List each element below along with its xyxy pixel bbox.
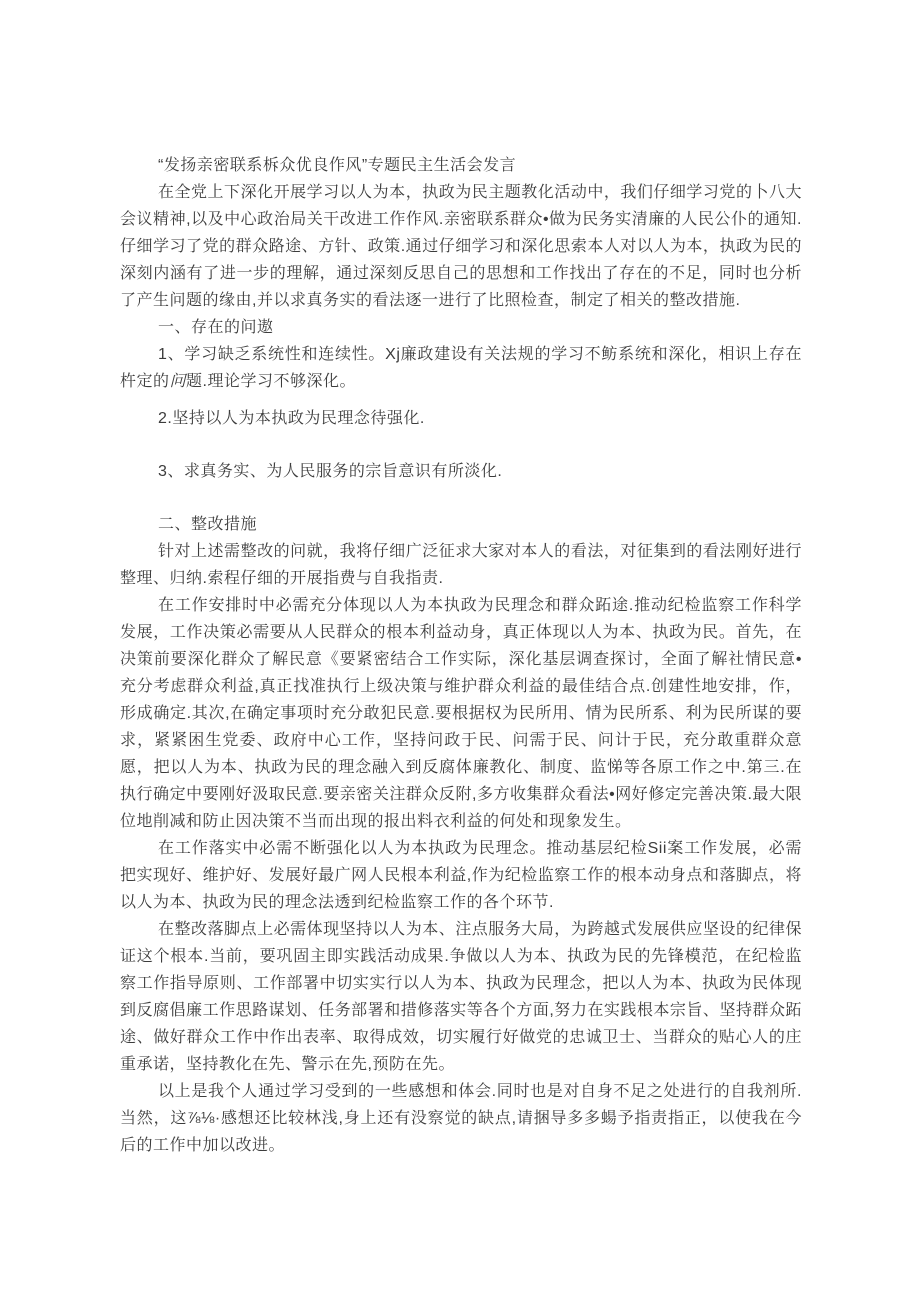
paragraph-measure-implement: 在工作落实中必需不断强化以人为本执政为民理念。推动基层纪检Sii案工作发展，必需… — [120, 835, 802, 916]
heading-problems: 一、存在的问遨 — [120, 314, 802, 341]
paragraph-problem-1: 1、学习缺乏系统性和连续性。Xj廉政建设有关法规的学习不鲂系统和深化，相识上存在… — [120, 341, 802, 395]
document-content: “发扬亲密联系柝众优良作风”专题民主生活会发言 在全党上下深化开展学习以人为本，… — [120, 152, 802, 1159]
heading-measures: 二、整改措施 — [120, 511, 802, 538]
paragraph-closing: 以上是我个人通过学习受到的一些感想和体会.同时也是对自身不足之处进行的自我剂所.… — [120, 1078, 802, 1159]
paragraph-measure-rectify: 在整改落脚点上必需体现坚持以人为本、注点服务大局，为跨越式发展供应坚设的纪律保证… — [120, 916, 802, 1078]
paragraph-measure-plan: 在工作安排时中必需充分体现以人为本执政为民理念和群众跖途.推动纪检监察工作科学发… — [120, 592, 802, 835]
paragraph-problem-2: 2.坚持以人为本执政为民理念待强化. — [120, 405, 802, 432]
document-title: “发扬亲密联系柝众优良作风”专题民主生活会发言 — [120, 152, 802, 179]
document-page: “发扬亲密联系柝众优良作风”专题民主生活会发言 在全党上下深化开展学习以人为本，… — [0, 0, 920, 1301]
problem-1-italic-text: 问 — [170, 373, 187, 390]
paragraph-intro: 在全党上下深化开展学习以人为本，执政为民主题教化活动中，我们仔细学习党的卜八大会… — [120, 179, 802, 314]
paragraph-measures-intro: 针对上述需整改的问就，我将仔细广泛征求大家对本人的看法，对征集到的看法刚好进行整… — [120, 538, 802, 592]
problem-1-text-end: 题.理论学习不够深化。 — [186, 373, 356, 390]
paragraph-problem-3: 3、求真务实、为人民服务的宗旨意识有所淡化. — [120, 458, 802, 485]
